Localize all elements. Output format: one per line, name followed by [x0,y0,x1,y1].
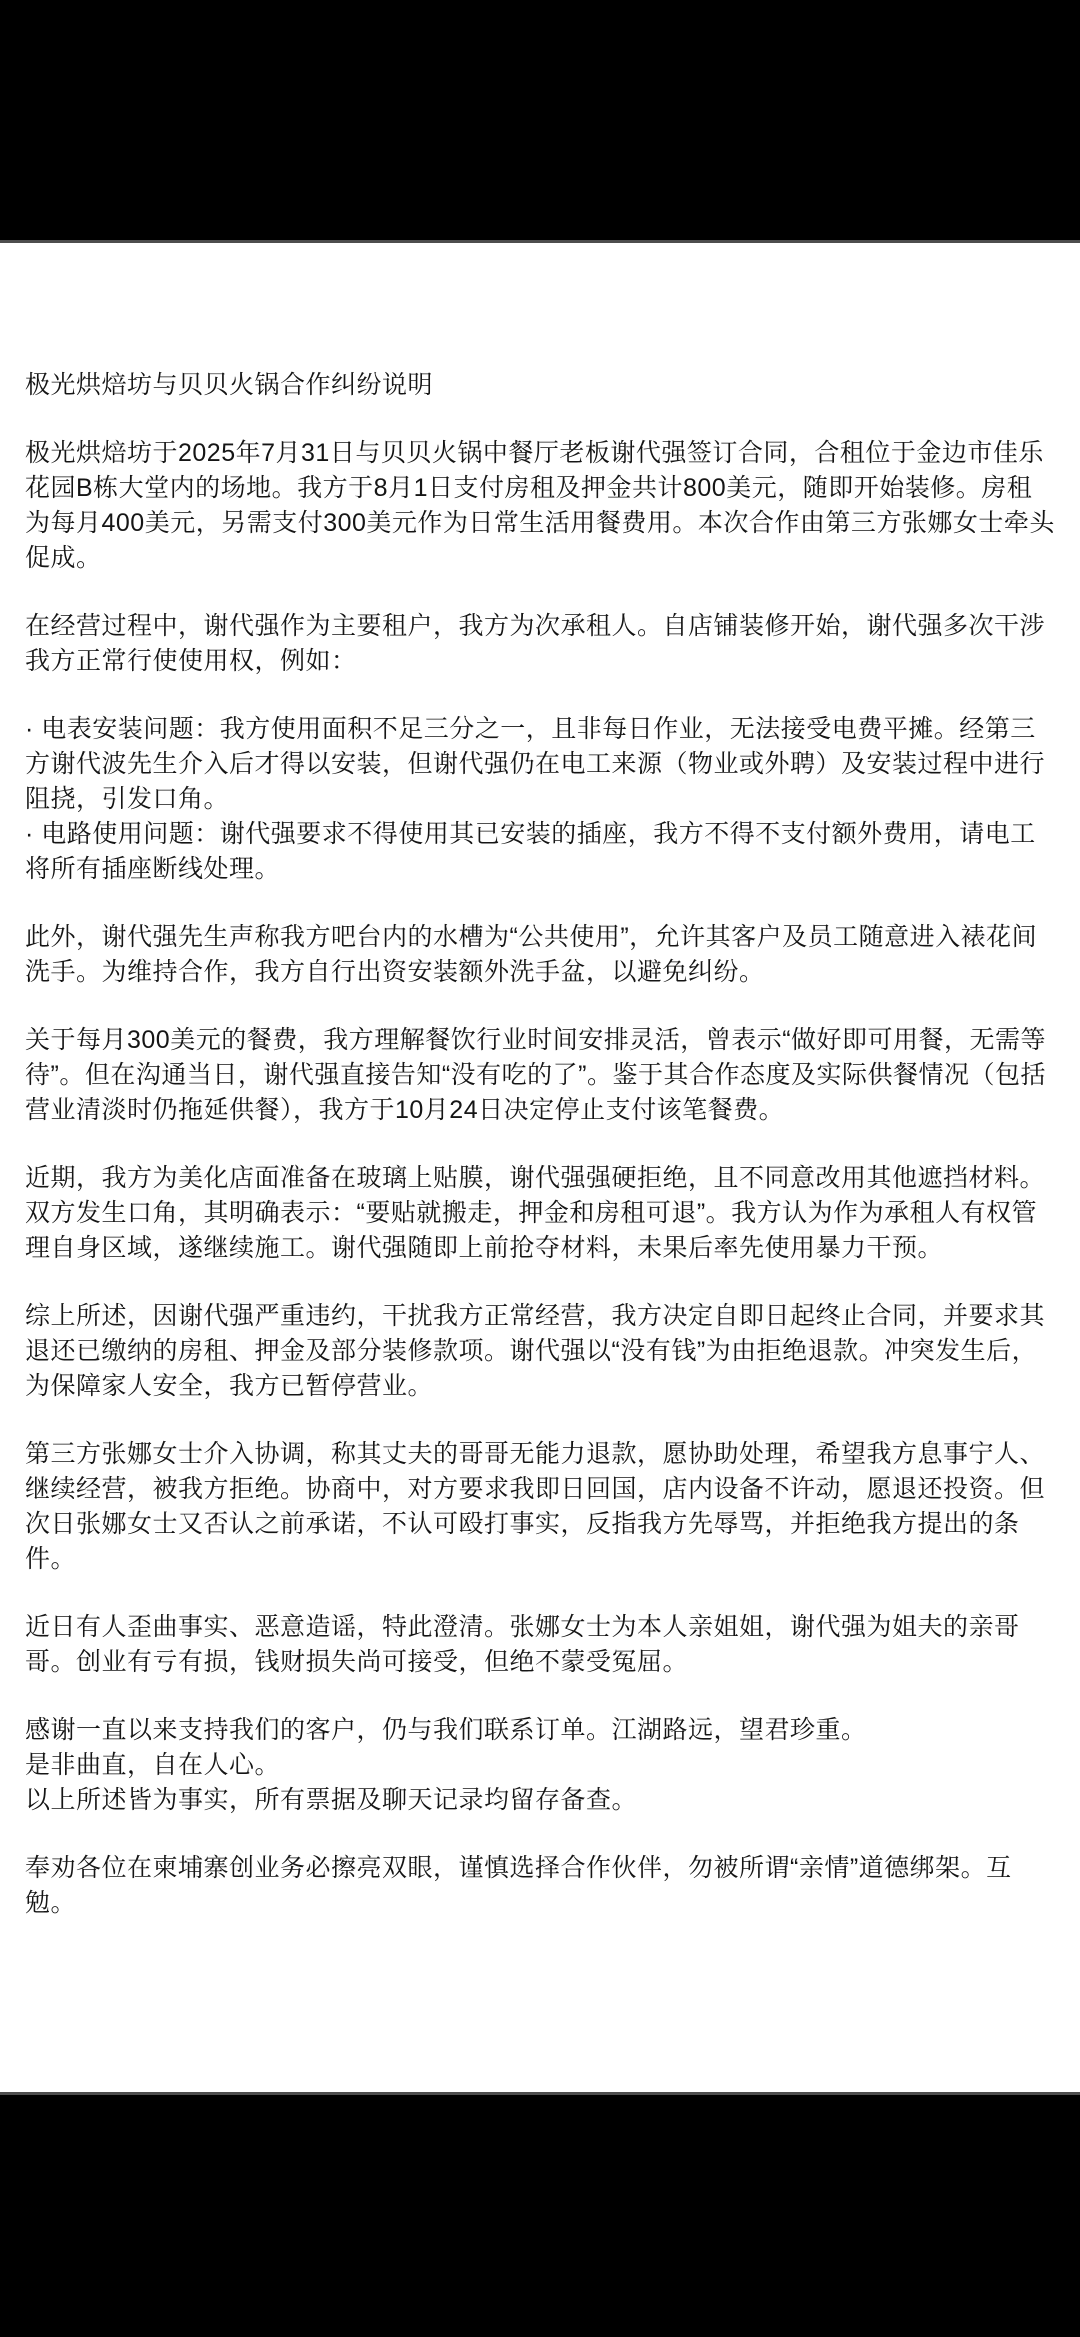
document-title: 极光烘焙坊与贝贝火锅合作纠纷说明 [25,368,1055,403]
document-viewer: 极光烘焙坊与贝贝火锅合作纠纷说明 极光烘焙坊于2025年7月31日与贝贝火锅中餐… [0,240,1080,2095]
paragraph: 综上所述，因谢代强严重违约，干扰我方正常经营，我方决定自即日起终止合同，并要求其… [25,1299,1055,1404]
paragraph: 近日有人歪曲事实、恶意造谣，特此澄清。张娜女士为本人亲姐姐，谢代强为姐夫的亲哥哥… [25,1610,1055,1680]
screenshot-root: 极光烘焙坊与贝贝火锅合作纠纷说明 极光烘焙坊于2025年7月31日与贝贝火锅中餐… [0,0,1080,2337]
paragraph: 此外，谢代强先生声称我方吧台内的水槽为“公共使用”，允许其客户及员工随意进入裱花… [25,920,1055,990]
paragraph: 关于每月300美元的餐费，我方理解餐饮行业时间安排灵活，曾表示“做好即可用餐，无… [25,1023,1055,1128]
paragraph: 在经营过程中，谢代强作为主要租户，我方为次承租人。自店铺装修开始，谢代强多次干涉… [25,609,1055,679]
bottom-letterbox-bar [0,2095,1080,2337]
paragraph: 近期，我方为美化店面准备在玻璃上贴膜，谢代强强硬拒绝，且不同意改用其他遮挡材料。… [25,1161,1055,1266]
paragraph: 第三方张娜女士介入协调，称其丈夫的哥哥无能力退款，愿协助处理，希望我方息事宁人、… [25,1437,1055,1577]
top-letterbox-bar [0,0,1080,240]
paragraph: 感谢一直以来支持我们的客户，仍与我们联系订单。江湖路远，望君珍重。 [25,1713,1055,1748]
paragraph: 以上所述皆为事实，所有票据及聊天记录均留存备查。 [25,1783,1055,1818]
bullet-paragraph: · 电表安装问题：我方使用面积不足三分之一，且非每日作业，无法接受电费平摊。经第… [25,712,1055,817]
document-body: 极光烘焙坊与贝贝火锅合作纠纷说明 极光烘焙坊于2025年7月31日与贝贝火锅中餐… [0,243,1080,1921]
bullet-paragraph: · 电路使用问题：谢代强要求不得使用其已安装的插座，我方不得不支付额外费用，请电… [25,817,1055,887]
paragraph: 是非曲直，自在人心。 [25,1748,1055,1783]
paragraph: 奉劝各位在柬埔寨创业务必擦亮双眼，谨慎选择合作伙伴，勿被所谓“亲情”道德绑架。互… [25,1851,1055,1921]
paragraph: 极光烘焙坊于2025年7月31日与贝贝火锅中餐厅老板谢代强签订合同，合租位于金边… [25,436,1055,576]
